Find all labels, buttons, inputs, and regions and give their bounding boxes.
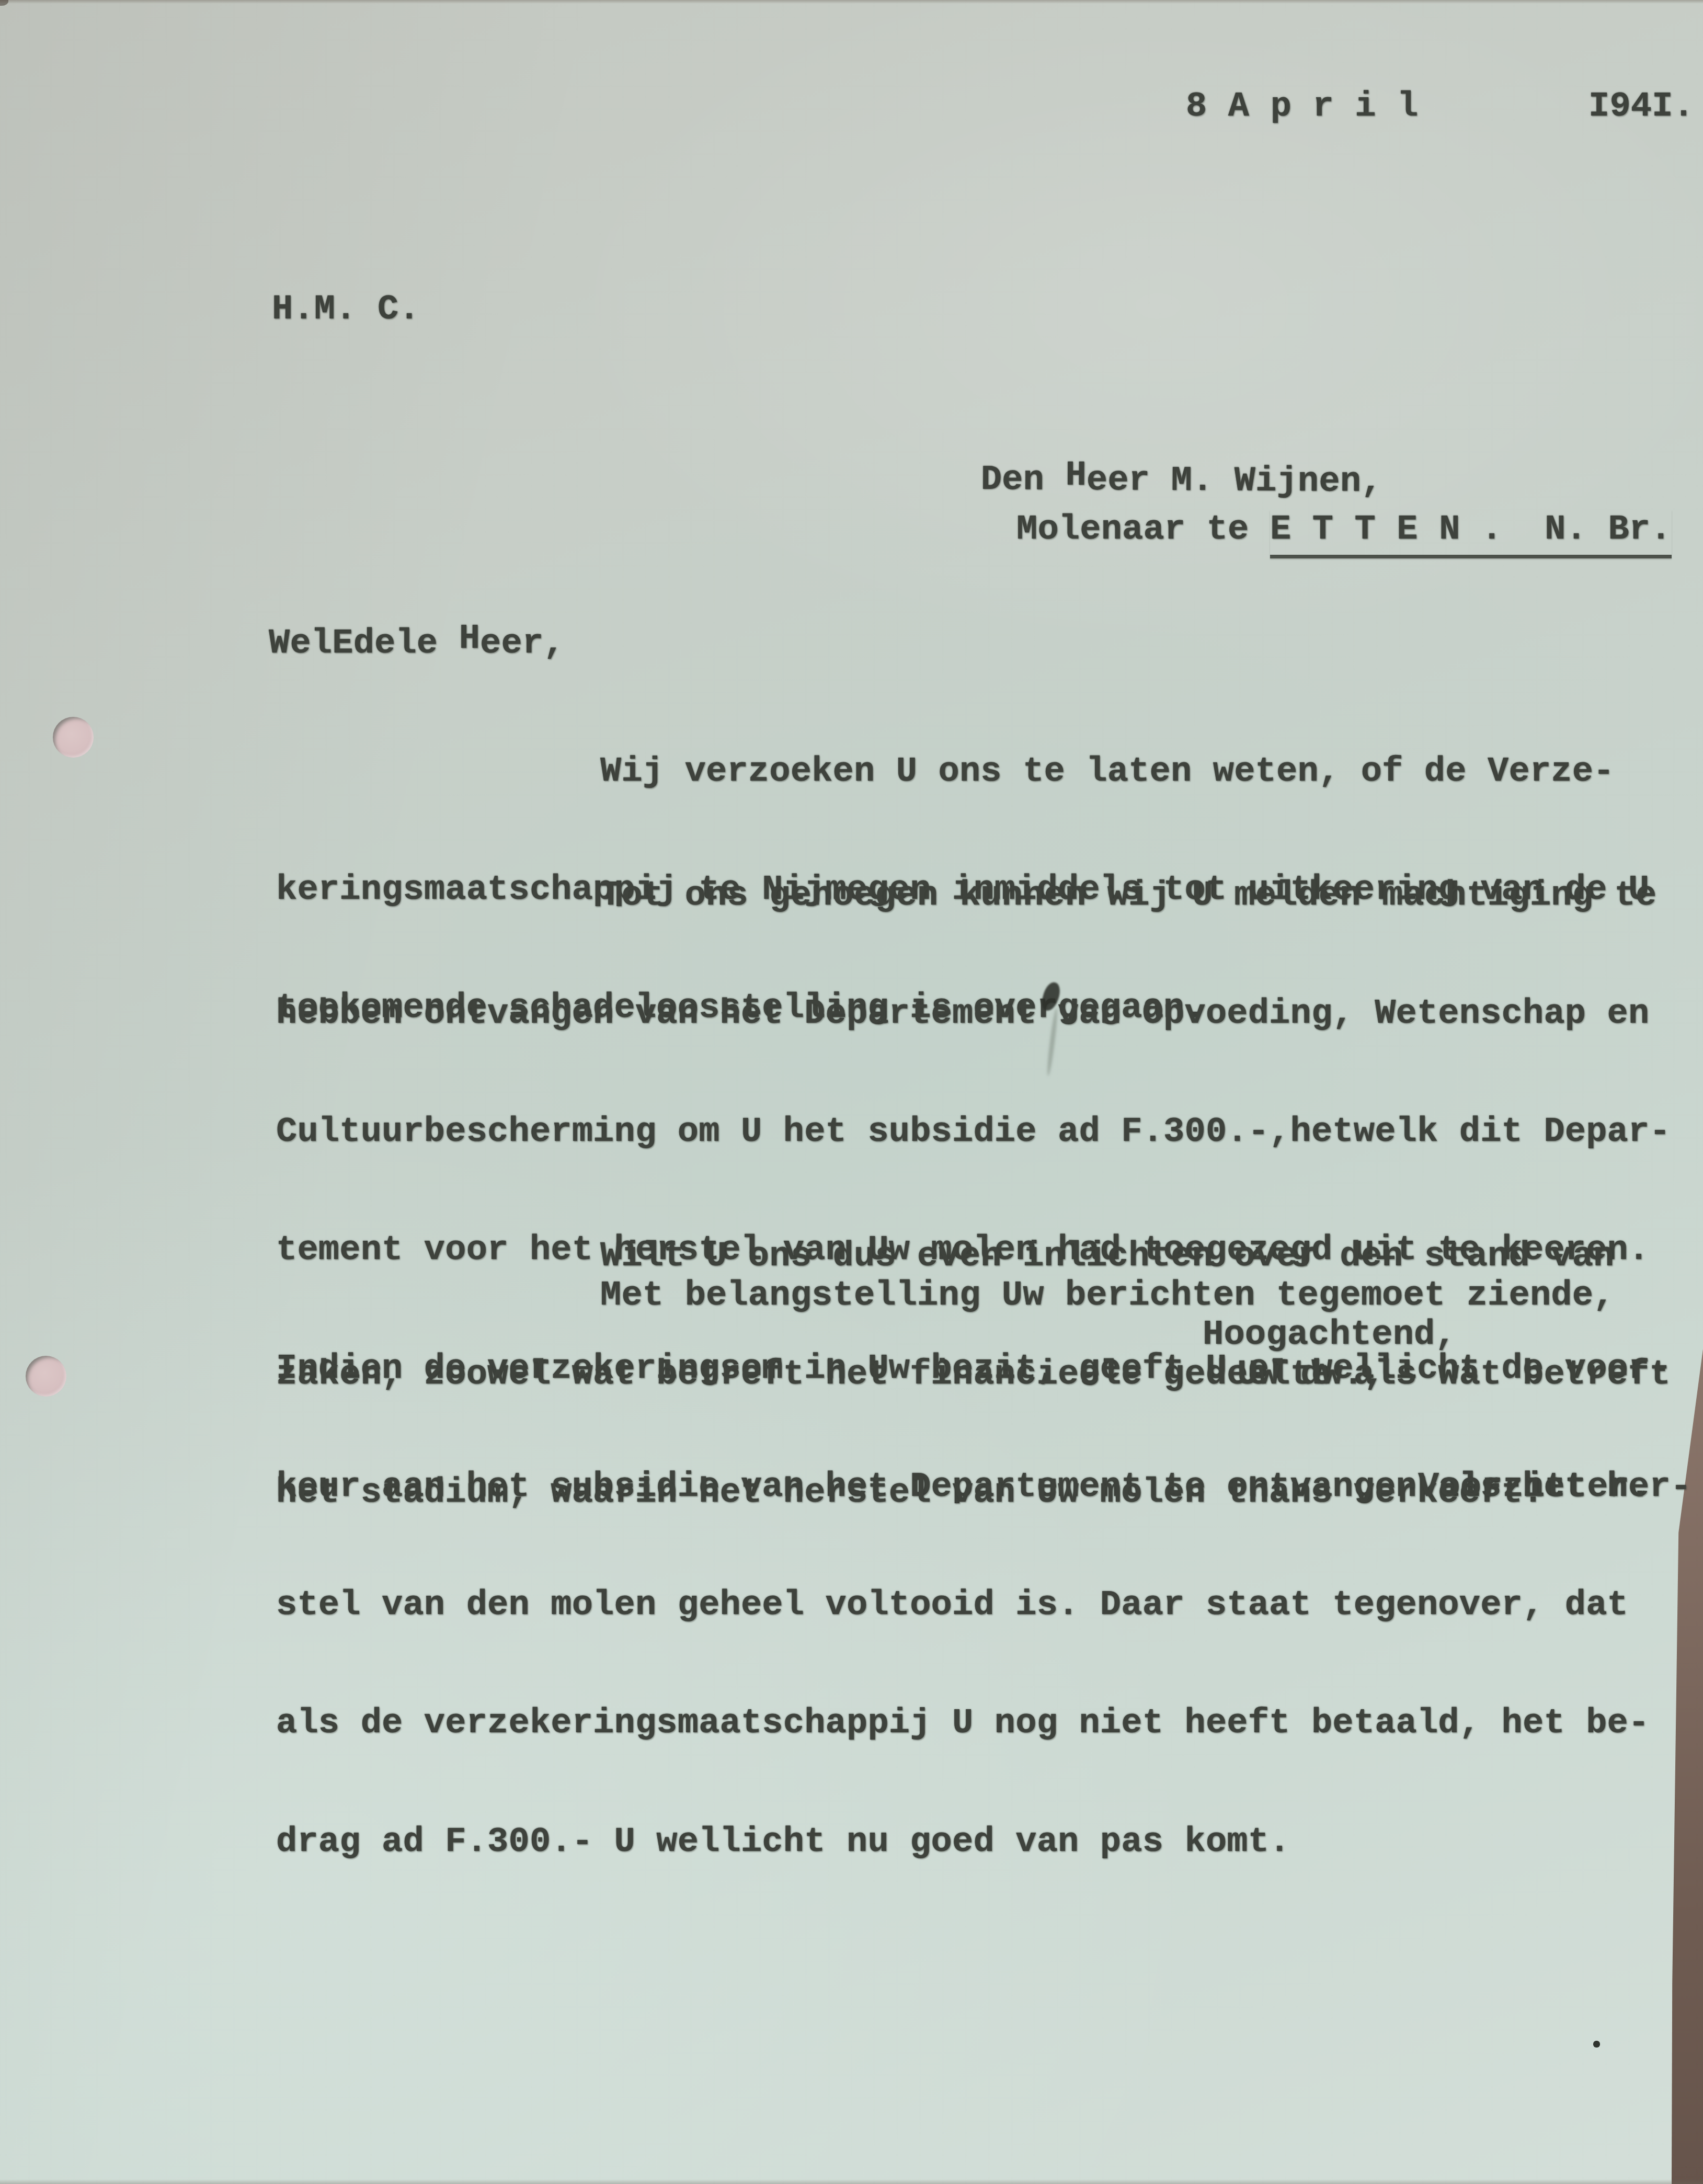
recipient-name-raised-h: H (1065, 456, 1087, 496)
paragraph-3: Wilt U ons dus even inlichten over den s… (276, 1158, 1703, 1592)
closing-hoogachtend: Hoogachtend, (1203, 1316, 1456, 1355)
recipient-name-rest: eer M. Wijnen, (1087, 461, 1382, 502)
closing-line: Met belangstelling Uw berichten tegemoet… (600, 1276, 1615, 1316)
letter-page: 8 A p r i l I94I. H.M. C. Den Heer M. Wi… (0, 0, 1703, 2184)
recipient-name-line: Den Heer M. Wijnen, (981, 461, 1382, 502)
body-line: Cultuurbescherming om U het subsidie ad … (276, 1113, 1703, 1152)
body-line: Tot ons genoegen kunnen wij U melden mac… (276, 876, 1703, 916)
date-day-month: 8 A p r i l (1186, 87, 1418, 127)
recipient-occupation: Molenaar te (1016, 510, 1270, 550)
body-line: hebben ontvangen van het Departement van… (276, 994, 1703, 1034)
recipient-place-line: Molenaar te E T T E N . N. Br. (1016, 510, 1672, 558)
body-line: drag ad F.300.- U wellicht nu goed van p… (276, 1823, 1703, 1862)
salutation-raised-h: H (459, 620, 480, 659)
recipient-name-pre: Den (981, 460, 1066, 500)
corner-smudge (0, 0, 8, 6)
punch-hole-bottom (26, 1356, 66, 1397)
signature-title: Voorzitter. (1418, 1468, 1650, 1507)
salutation: WelEdele Heer, (269, 624, 565, 664)
salutation-pre: WelEdele (269, 624, 459, 664)
body-line: Wij verzoeken U ons te laten weten, of d… (276, 752, 1703, 792)
body-line: als de verzekeringsmaatschappij U nog ni… (276, 1704, 1703, 1743)
reference-mark: H.M. C. (272, 290, 420, 329)
body-line: zaken, zoowel wat betreft het financieel… (276, 1355, 1703, 1394)
salutation-rest: eer, (480, 624, 565, 664)
date-year: I94I. (1588, 87, 1694, 127)
recipient-place-underlined: E T T E N . N. Br. (1270, 510, 1672, 558)
closing-uw-dw: Uw dw., (1237, 1355, 1385, 1394)
ink-speck (1593, 2041, 1600, 2048)
body-line: Wilt U ons dus even inlichten over den s… (276, 1237, 1703, 1276)
punch-hole-top (53, 717, 94, 758)
